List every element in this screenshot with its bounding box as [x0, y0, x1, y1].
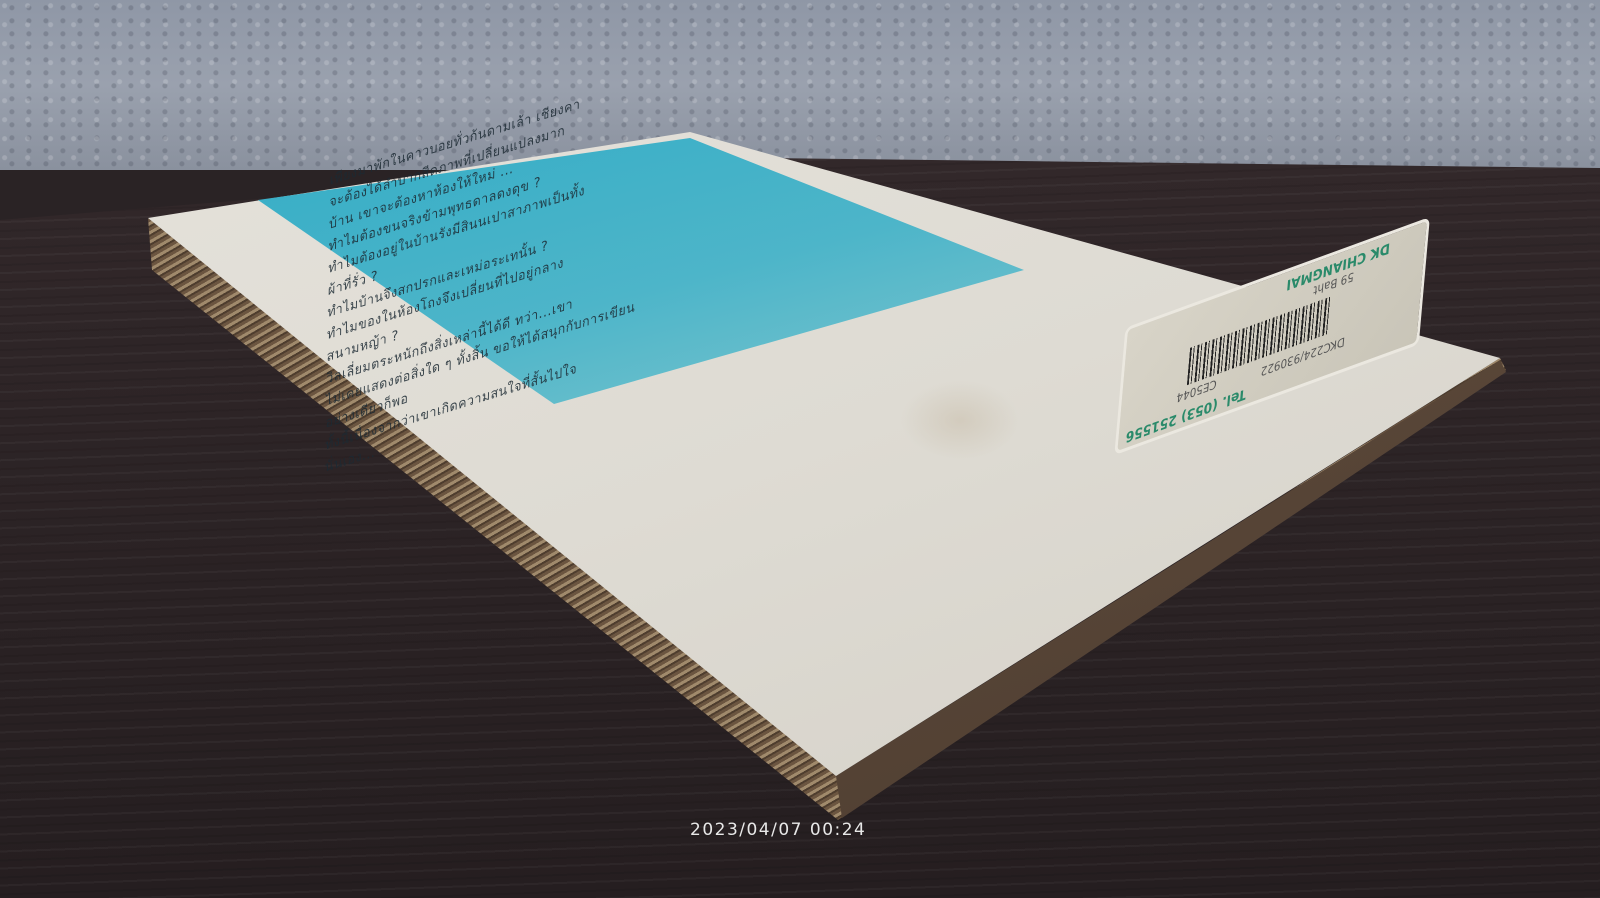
photo-timestamp: 2023/04/07 00:24	[690, 820, 866, 840]
cover-stain	[900, 380, 1020, 460]
barcode	[1187, 297, 1331, 386]
